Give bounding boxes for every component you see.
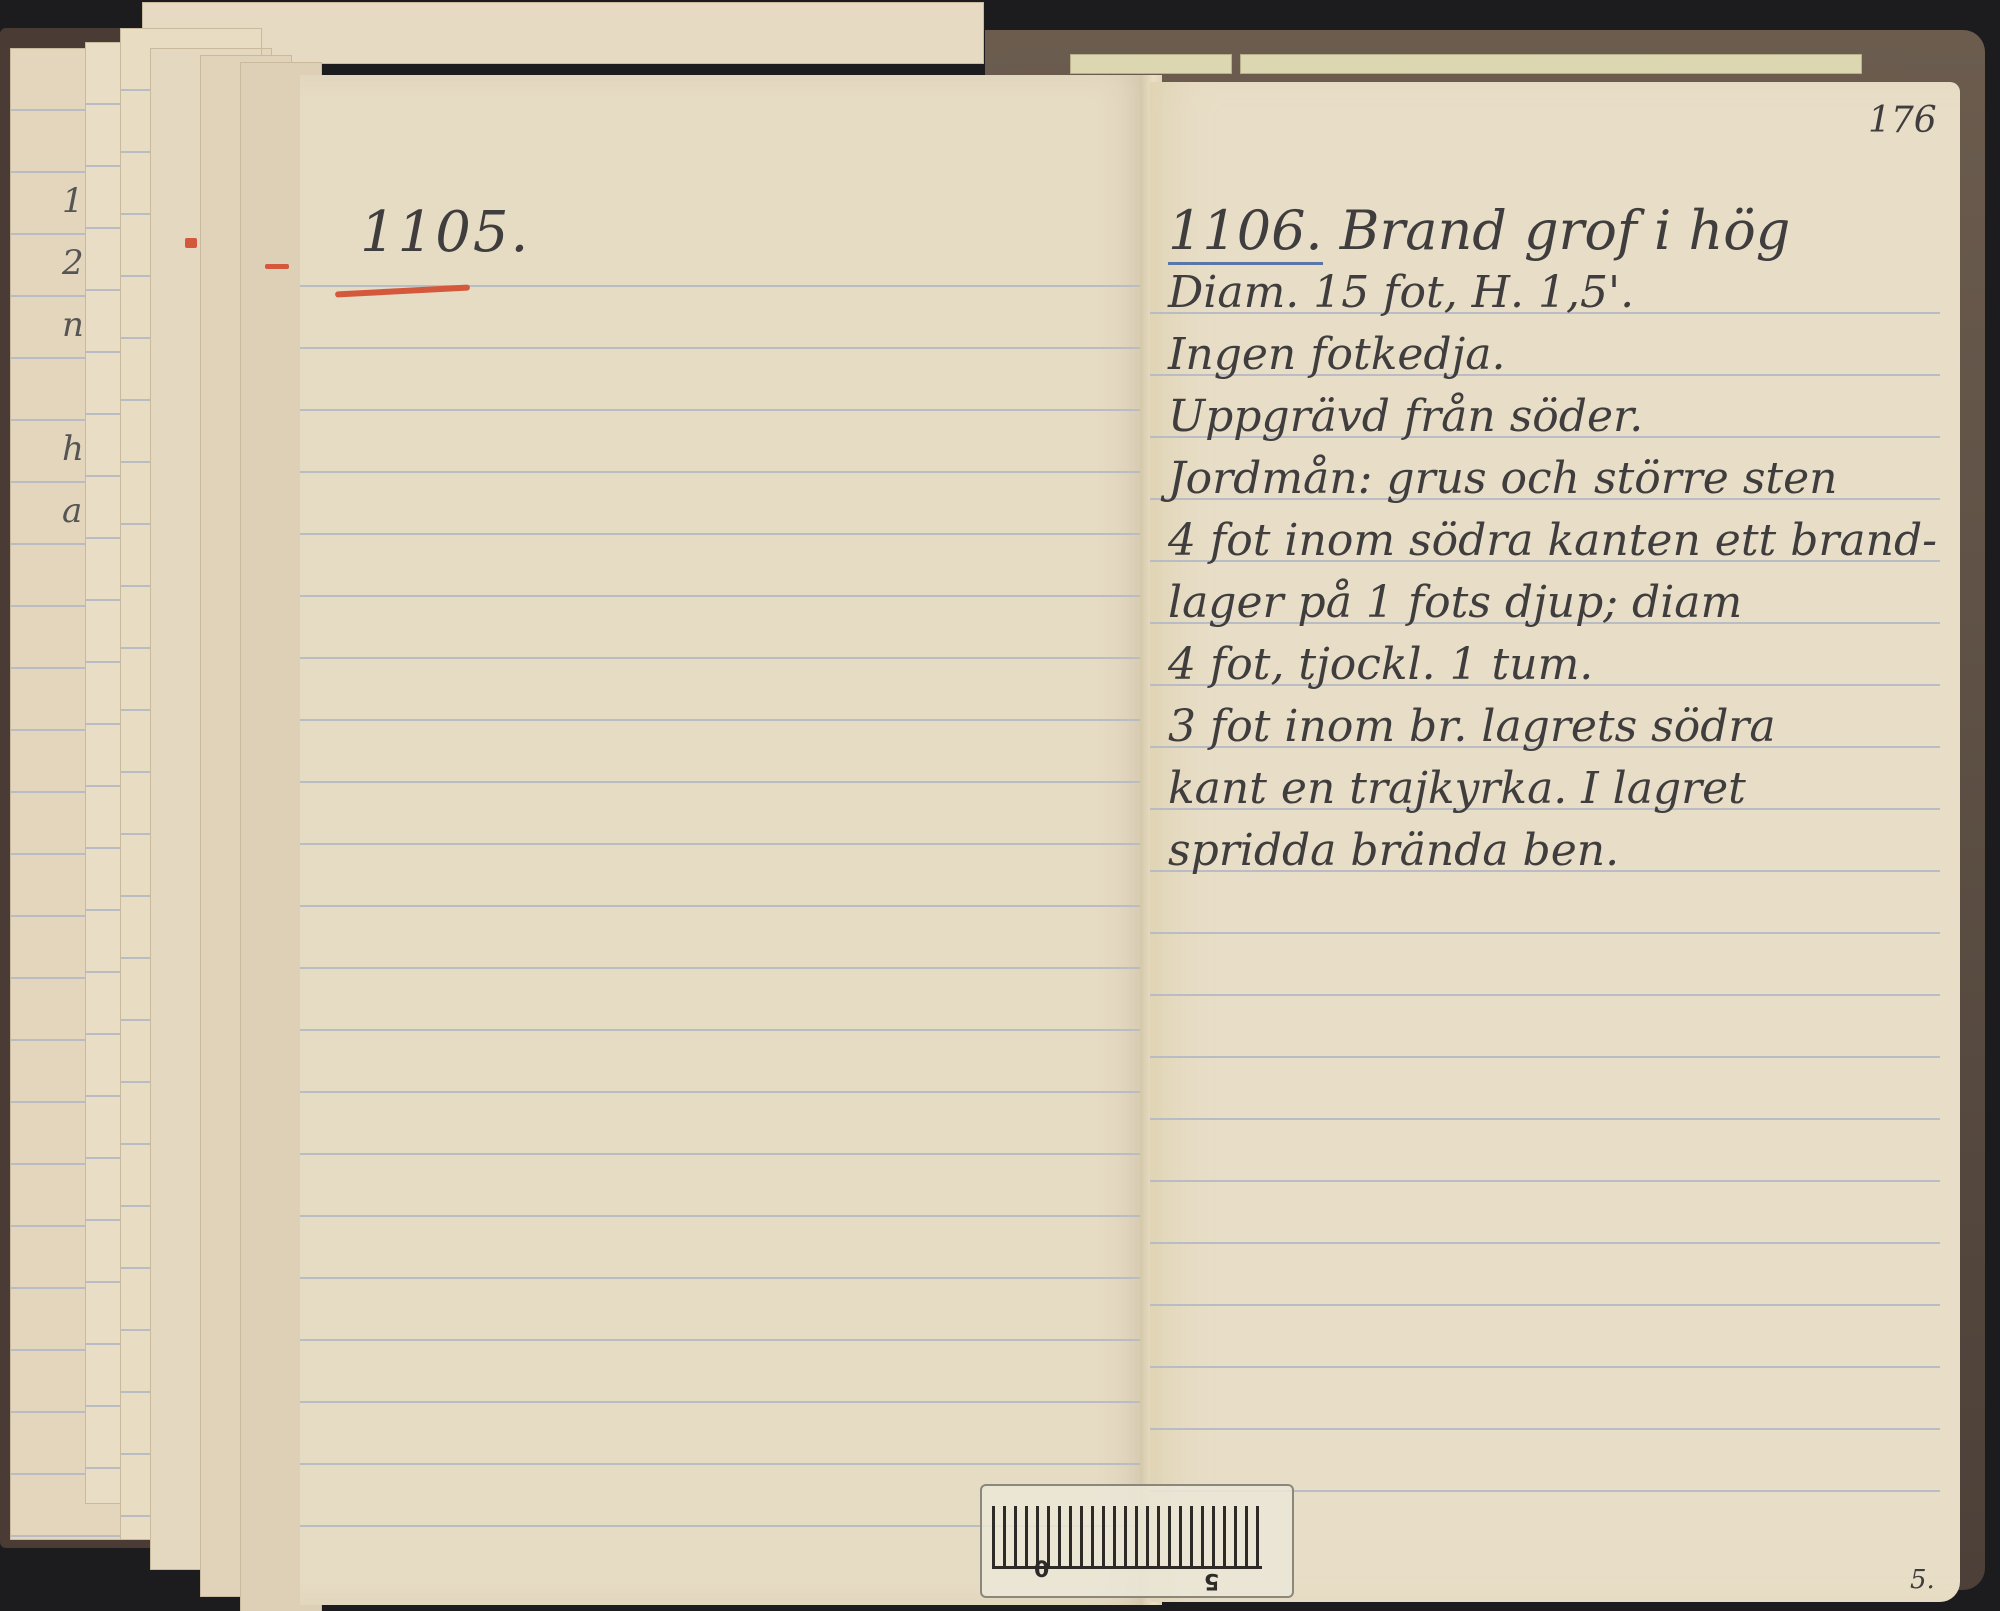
edge-char: 1 [62, 170, 112, 232]
entry-line: Diam. 15 fot, H. 1,5'. [1168, 262, 1958, 324]
ruler-label: 5 [1204, 1568, 1219, 1593]
edge-char: a [62, 480, 112, 542]
entry-line: Uppgrävd från söder. [1168, 386, 1958, 448]
edge-char: n [62, 294, 112, 356]
page-tab-strip [1070, 54, 1232, 74]
red-crayon-mark [265, 264, 289, 269]
left-page [300, 75, 1150, 1605]
entry-heading: 1106. Brand grof i hög [1168, 200, 1958, 262]
edge-char: h [62, 418, 112, 480]
entry-number-1105: 1105. [360, 200, 530, 265]
entry-line: 3 fot inom br. lagrets södra [1168, 696, 1958, 758]
entry-line: 4 fot inom södra kanten ett brand- [1168, 510, 1958, 572]
entry-number: 1106. [1168, 199, 1323, 265]
red-crayon-mark [185, 238, 197, 248]
left-edge-handwriting: 1 2 n h a [62, 170, 112, 542]
entry-line: Ingen fotkedja. [1168, 324, 1958, 386]
ruler-label: 0 [1034, 1558, 1049, 1583]
entry-title: Brand grof i hög [1340, 199, 1791, 262]
edge-char: 2 [62, 232, 112, 294]
entry-line: kant en trajkyrka. I lagret [1168, 758, 1958, 820]
signature-mark: 5. [1910, 1565, 1935, 1595]
entry-line: 4 fot, tjockl. 1 tum. [1168, 634, 1958, 696]
ruled-lines [300, 225, 1150, 1545]
scale-ruler: 0 5 [980, 1484, 1294, 1598]
entry-line: spridda brända ben. [1168, 820, 1958, 882]
entry-1106: 1106. Brand grof i hög Diam. 15 fot, H. … [1168, 200, 1958, 882]
page-number: 176 [1868, 100, 1937, 141]
ruler-ticks [992, 1506, 1262, 1569]
page-tab-strip [1240, 54, 1862, 74]
entry-line: Jordmån: grus och större sten [1168, 448, 1958, 510]
entry-line: lager på 1 fots djup; diam [1168, 572, 1958, 634]
